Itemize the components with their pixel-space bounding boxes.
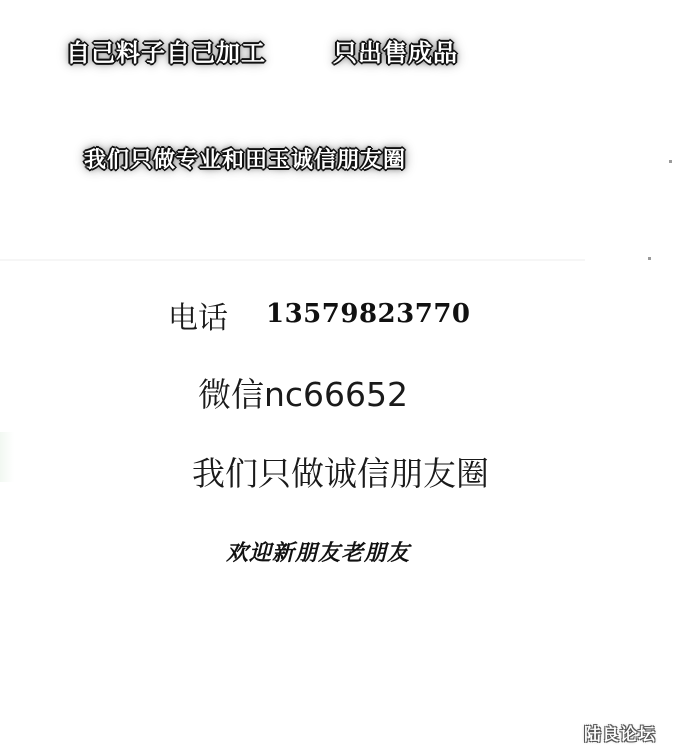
wechat-id: 微信nc66652 <box>198 369 408 416</box>
forum-watermark: 陆良论坛 <box>584 720 656 745</box>
phone-number: 13579823770 <box>266 299 471 329</box>
welcome-message: 欢迎新朋友老朋友 <box>226 536 410 567</box>
divider <box>0 259 585 261</box>
edge-smudge <box>0 432 14 482</box>
phone-label: 电话 <box>168 293 228 337</box>
headline-self-processing: 自己料子自己加工 <box>66 33 266 68</box>
poster: 自己料子自己加工 只出售成品 我们只做专业和田玉诚信朋友圈 电话 1357982… <box>0 0 680 747</box>
speck-mark <box>648 257 651 260</box>
integrity-tagline: 我们只做诚信朋友圈 <box>192 448 489 495</box>
speck-mark <box>669 160 672 163</box>
headline-finished-goods-only: 只出售成品 <box>333 33 458 68</box>
headline-hetian-jade-circle: 我们只做专业和田玉诚信朋友圈 <box>84 143 406 174</box>
